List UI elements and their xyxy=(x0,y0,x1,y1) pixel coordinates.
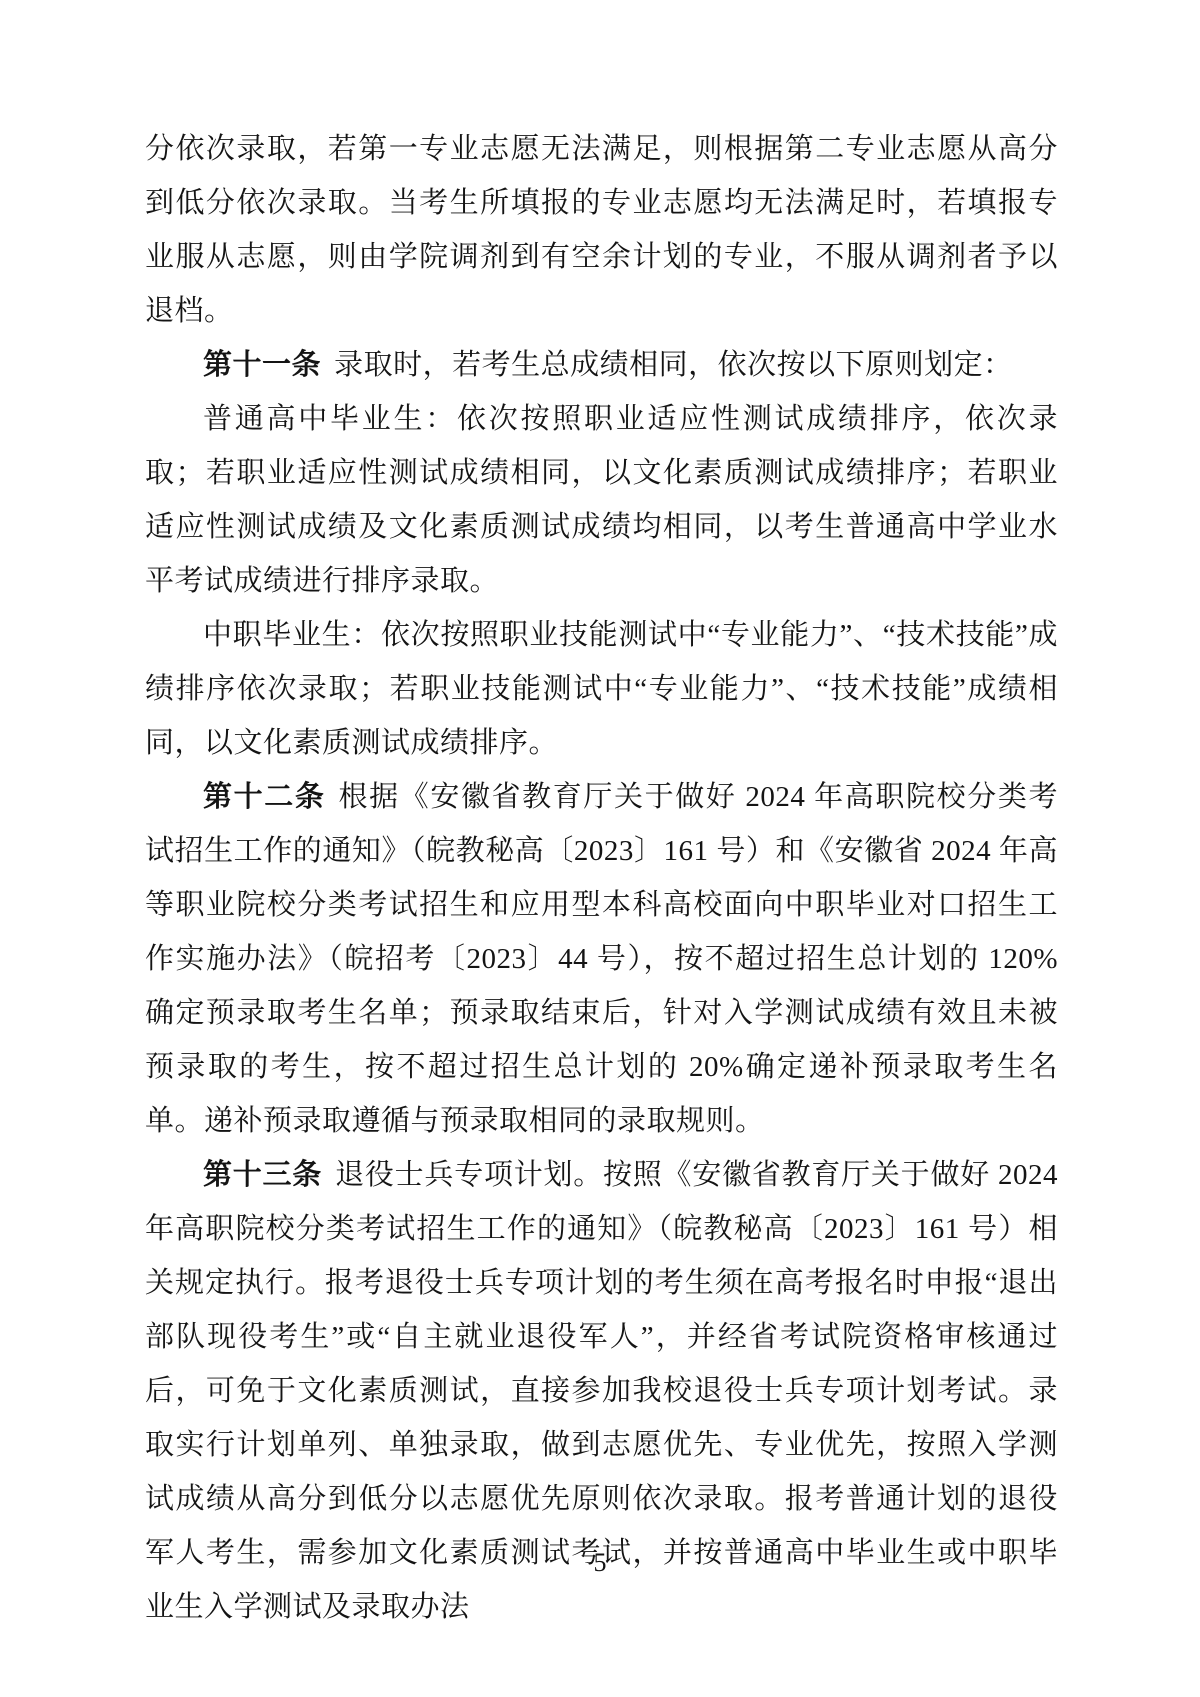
article-11-label: 第十一条 xyxy=(203,349,321,381)
paragraph-vocational-graduates-text: 中职毕业生：依次按照职业技能测试中“专业能力”、“技术技能”成绩排序依次录取；若… xyxy=(145,619,1058,759)
paragraph-article-12: 第十二条根据《安徽省教育厅关于做好 2024 年高职院校分类考试招生工作的通知》… xyxy=(145,770,1058,1148)
paragraph-vocational-graduates: 中职毕业生：依次按照职业技能测试中“专业能力”、“技术技能”成绩排序依次录取；若… xyxy=(145,608,1058,770)
paragraph-regular-hs-graduates-text: 普通高中毕业生：依次按照职业适应性测试成绩排序，依次录取；若职业适应性测试成绩相… xyxy=(145,403,1058,597)
paragraph-regular-hs-graduates: 普通高中毕业生：依次按照职业适应性测试成绩排序，依次录取；若职业适应性测试成绩相… xyxy=(145,392,1058,608)
paragraph-continuation: 分依次录取，若第一专业志愿无法满足，则根据第二专业志愿从高分到低分依次录取。当考… xyxy=(145,122,1058,338)
page-number: 5 xyxy=(0,1547,1200,1579)
paragraph-continuation-text: 分依次录取，若第一专业志愿无法满足，则根据第二专业志愿从高分到低分依次录取。当考… xyxy=(145,133,1058,327)
document-page: 分依次录取，若第一专业志愿无法满足，则根据第二专业志愿从高分到低分依次录取。当考… xyxy=(0,0,1200,1697)
paragraph-article-11: 第十一条录取时，若考生总成绩相同，依次按以下原则划定： xyxy=(145,338,1058,392)
article-13-label: 第十三条 xyxy=(203,1159,322,1191)
article-12-label: 第十二条 xyxy=(203,781,325,813)
article-12-text: 根据《安徽省教育厅关于做好 2024 年高职院校分类考试招生工作的通知》（皖教秘… xyxy=(145,781,1058,1137)
document-body: 分依次录取，若第一专业志愿无法满足，则根据第二专业志愿从高分到低分依次录取。当考… xyxy=(145,122,1058,1634)
article-11-text: 录取时，若考生总成绩相同，依次按以下原则划定： xyxy=(334,349,1013,381)
